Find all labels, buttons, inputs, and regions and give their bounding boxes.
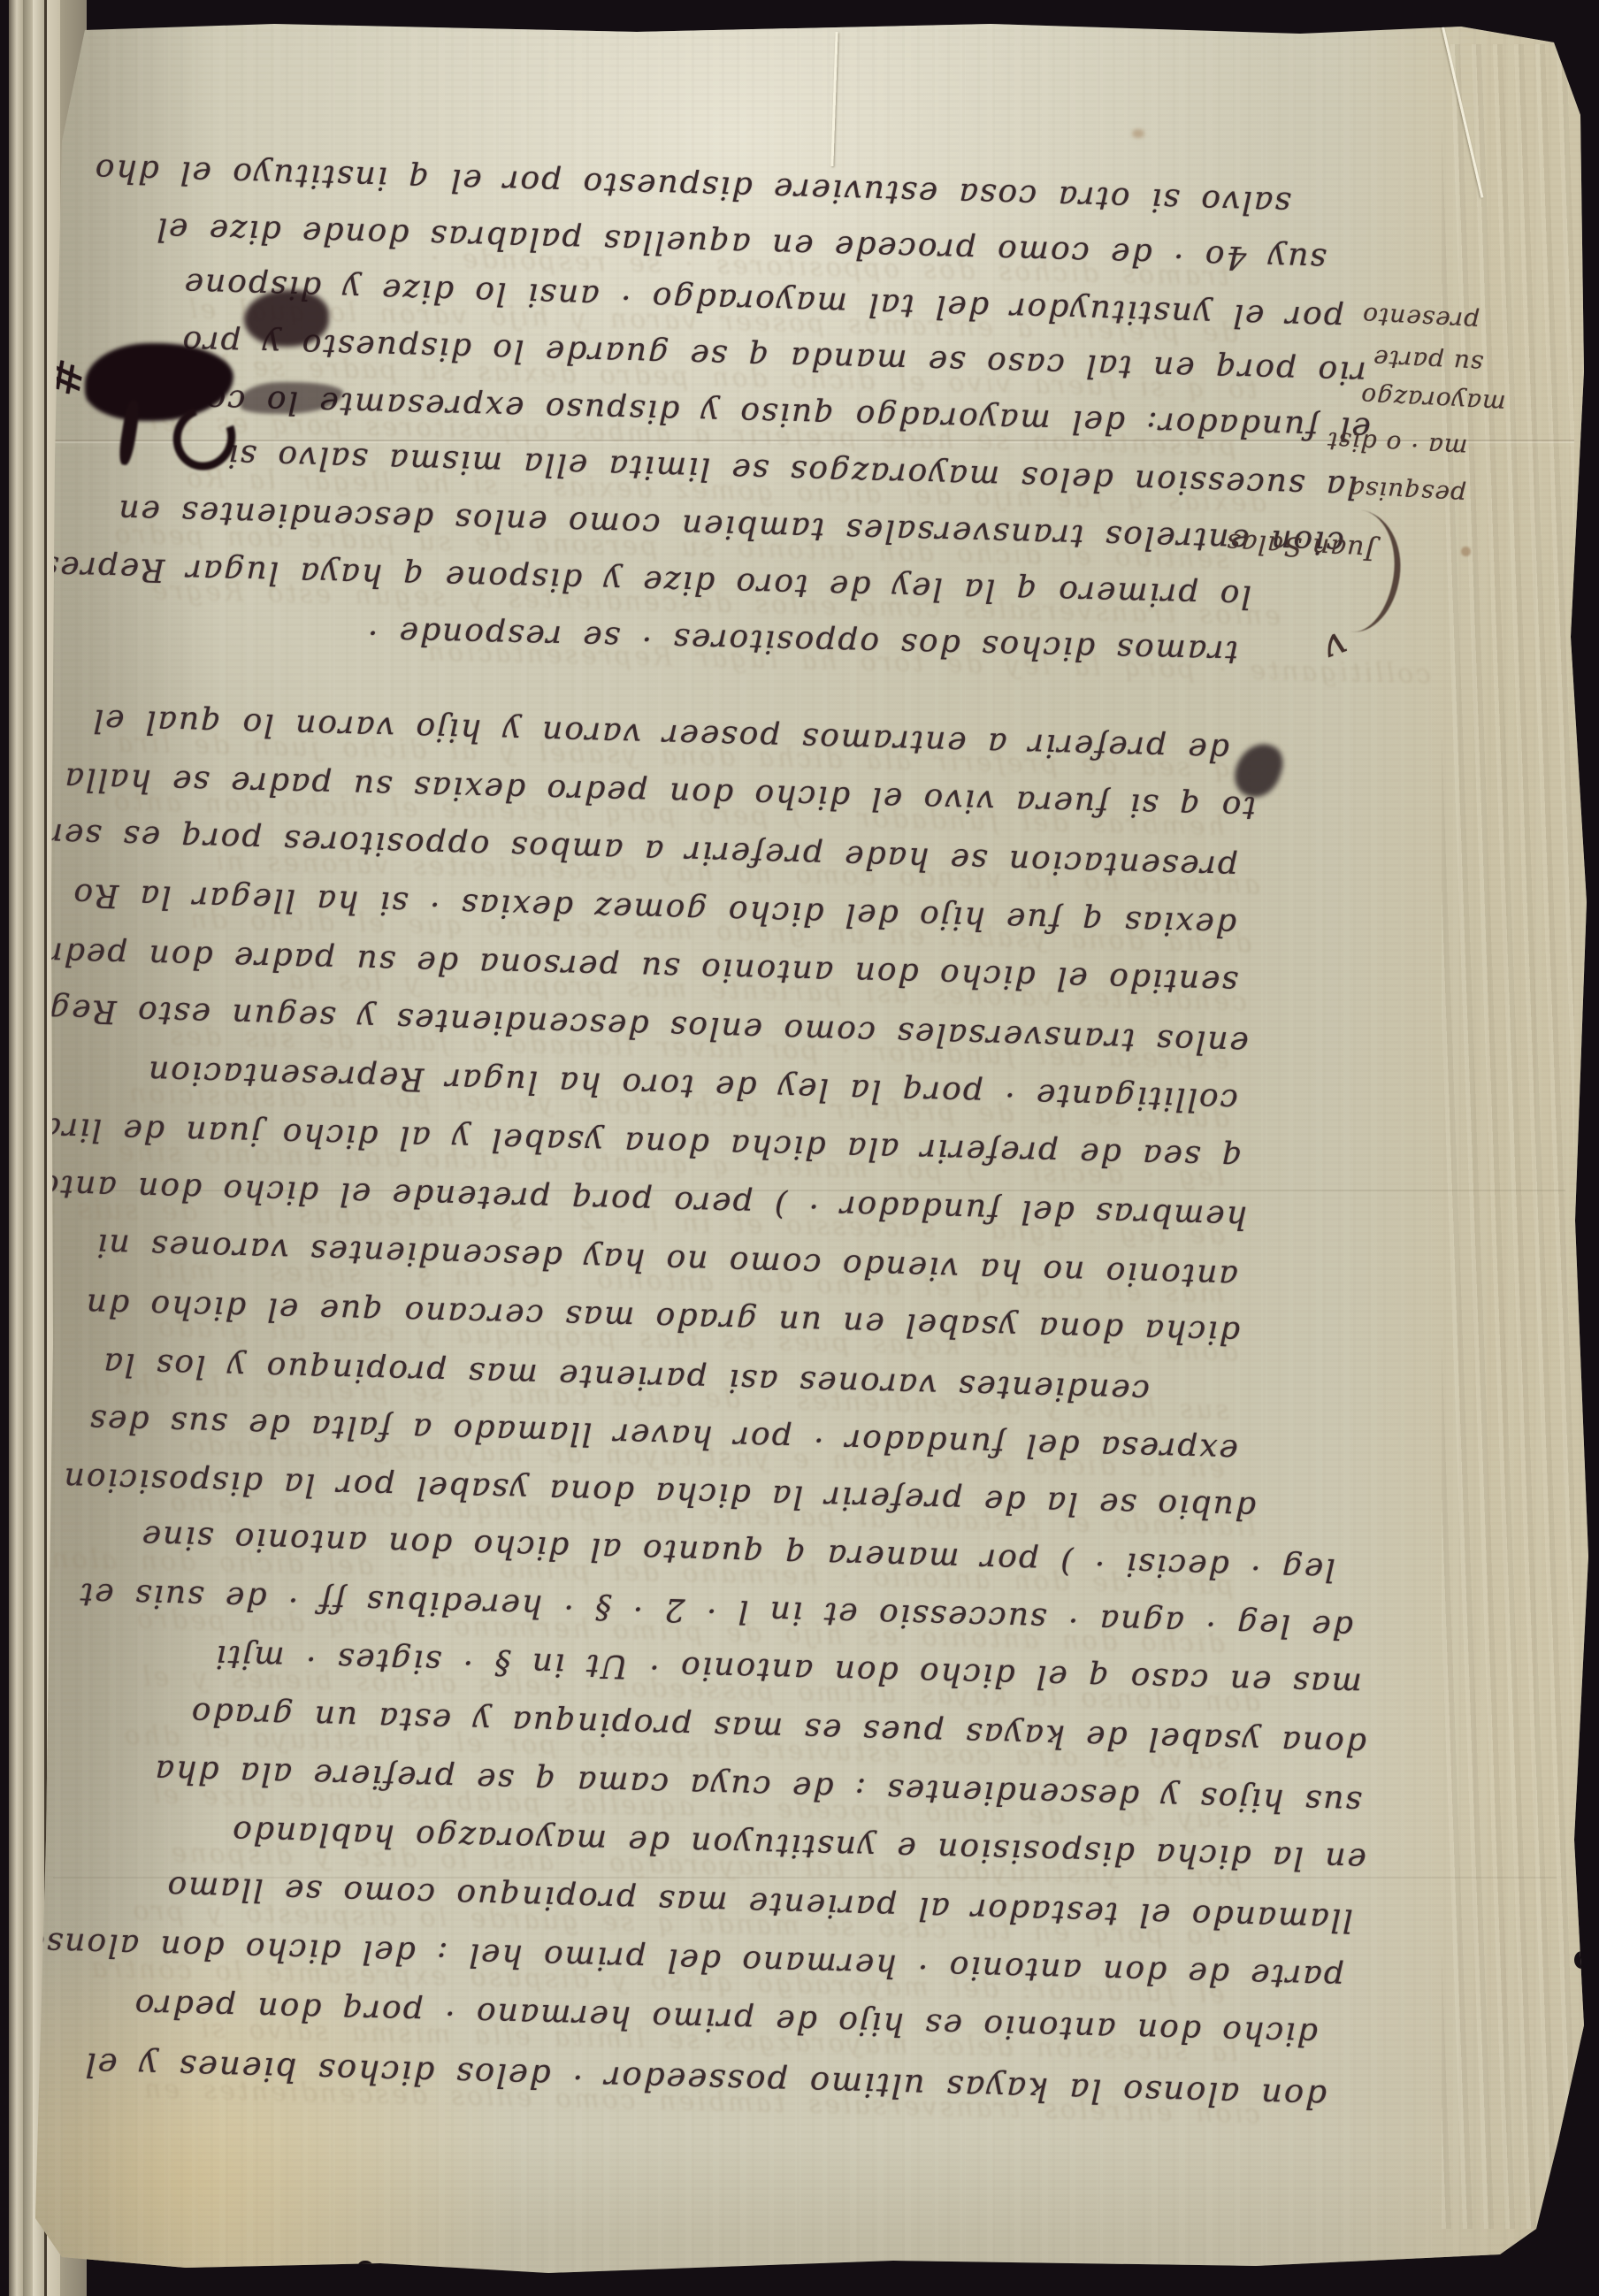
foxing-spot [1461,547,1471,556]
wormhole [1574,1951,1589,1969]
book-gutter-leaf-edge [23,0,33,2296]
margin-note-line: presento [1361,302,1480,337]
ink-spot [356,2261,375,2287]
book-gutter-leaf-edge [9,0,23,2296]
ink-blot-smudge [244,290,329,347]
foxing-spot [1132,129,1144,138]
manuscript-page: tramos dichos dos oppositores · se respo… [0,0,1599,2296]
manuscript-scan: tramos dichos dos oppositores · se respo… [0,0,1599,2296]
margin-note-line: pesquisa [1348,475,1466,510]
margin-note-line: su parte [1372,344,1484,379]
